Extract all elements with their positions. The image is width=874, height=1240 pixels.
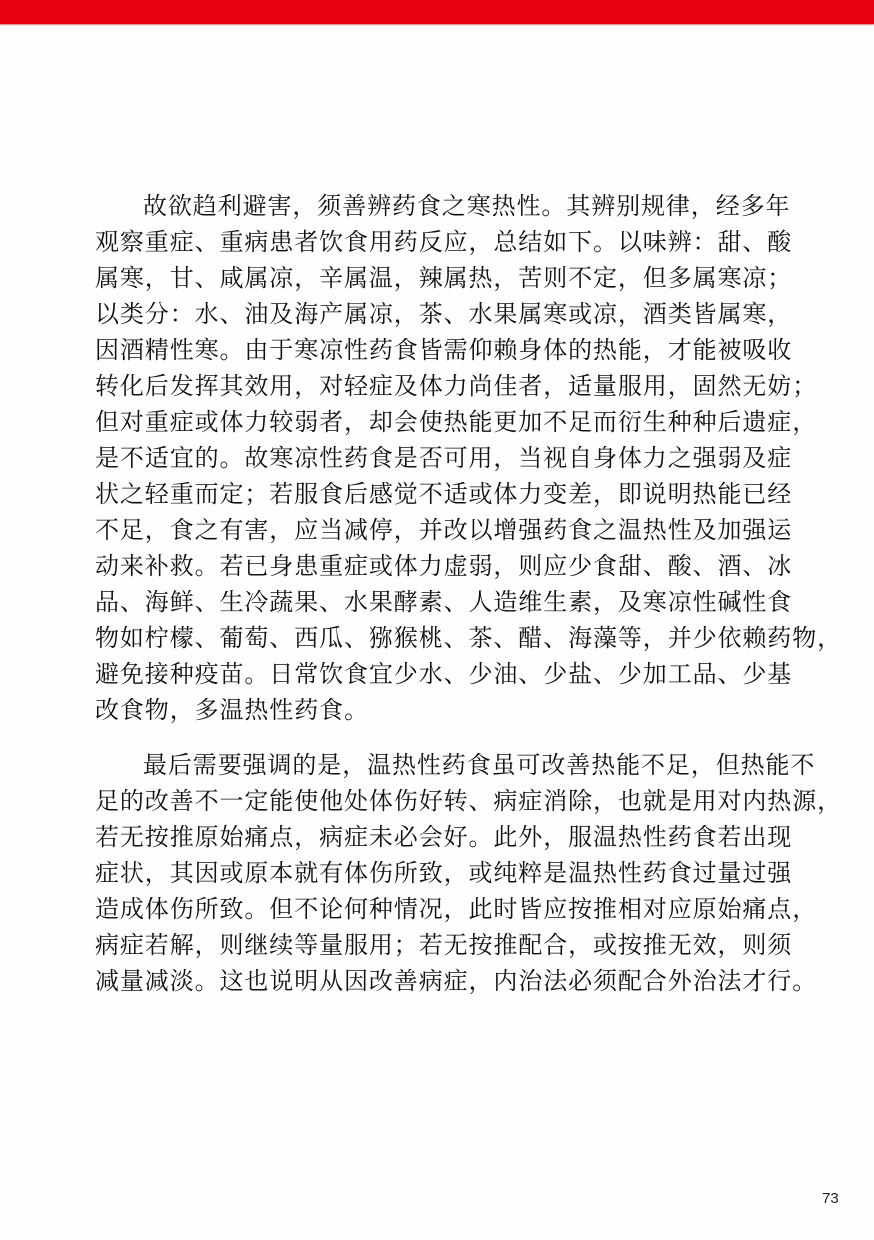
text-line: 症状，其因或原本就有体伤所致，或纯粹是温热性药食过量过强 — [95, 855, 785, 891]
text-line: 避免接种疫苗。日常饮食宜少水、少油、少盐、少加工品、少基 — [95, 656, 785, 692]
text-line: 最后需要强调的是，温热性药食虽可改善热能不足，但热能不 — [95, 747, 785, 783]
paragraph-2: 最后需要强调的是，温热性药食虽可改善热能不足，但热能不 足的改善不一定能使他处体… — [95, 747, 785, 999]
text-line: 但对重症或体力较弱者，却会使热能更加不足而衍生种种后遗症， — [95, 404, 785, 440]
text-line: 动来补救。若已身患重症或体力虚弱，则应少食甜、酸、酒、冰 — [95, 548, 785, 584]
text-line: 病症若解，则继续等量服用；若无按推配合，或按推无效，则须 — [95, 927, 785, 963]
text-line: 物如柠檬、葡萄、西瓜、猕猴桃、茶、醋、海藻等，并少依赖药物， — [95, 620, 785, 656]
text-line: 造成体伤所致。但不论何种情况，此时皆应按推相对应原始痛点， — [95, 891, 785, 927]
top-red-bar — [0, 0, 874, 24]
text-line: 若无按推原始痛点，病症未必会好。此外，服温热性药食若出现 — [95, 819, 785, 855]
paragraph-1: 故欲趋利避害，须善辨药食之寒热性。其辨别规律，经多年 观察重症、重病患者饮食用药… — [95, 188, 785, 728]
page-number: 73 — [822, 1190, 839, 1207]
text-line: 是不适宜的。故寒凉性药食是否可用，当视自身体力之强弱及症 — [95, 440, 785, 476]
text-line: 故欲趋利避害，须善辨药食之寒热性。其辨别规律，经多年 — [95, 188, 785, 224]
text-line: 以类分：水、油及海产属凉，茶、水果属寒或凉，酒类皆属寒， — [95, 296, 785, 332]
page-body: 故欲趋利避害，须善辨药食之寒热性。其辨别规律，经多年 观察重症、重病患者饮食用药… — [95, 188, 785, 999]
text-line: 观察重症、重病患者饮食用药反应，总结如下。以味辨：甜、酸 — [95, 224, 785, 260]
text-line: 属寒，甘、咸属凉，辛属温，辣属热，苦则不定，但多属寒凉； — [95, 260, 785, 296]
text-line: 转化后发挥其效用，对轻症及体力尚佳者，适量服用，固然无妨； — [95, 368, 785, 404]
text-line: 品、海鲜、生冷蔬果、水果酵素、人造维生素，及寒凉性碱性食 — [95, 584, 785, 620]
text-line: 改食物，多温热性药食。 — [95, 692, 785, 728]
text-line: 足的改善不一定能使他处体伤好转、病症消除，也就是用对内热源， — [95, 783, 785, 819]
text-line: 不足，食之有害，应当减停，并改以增强药食之温热性及加强运 — [95, 512, 785, 548]
text-line: 状之轻重而定；若服食后感觉不适或体力变差，即说明热能已经 — [95, 476, 785, 512]
text-line: 因酒精性寒。由于寒凉性药食皆需仰赖身体的热能，才能被吸收 — [95, 332, 785, 368]
text-line: 减量减淡。这也说明从因改善病症，内治法必须配合外治法才行。 — [95, 963, 785, 999]
